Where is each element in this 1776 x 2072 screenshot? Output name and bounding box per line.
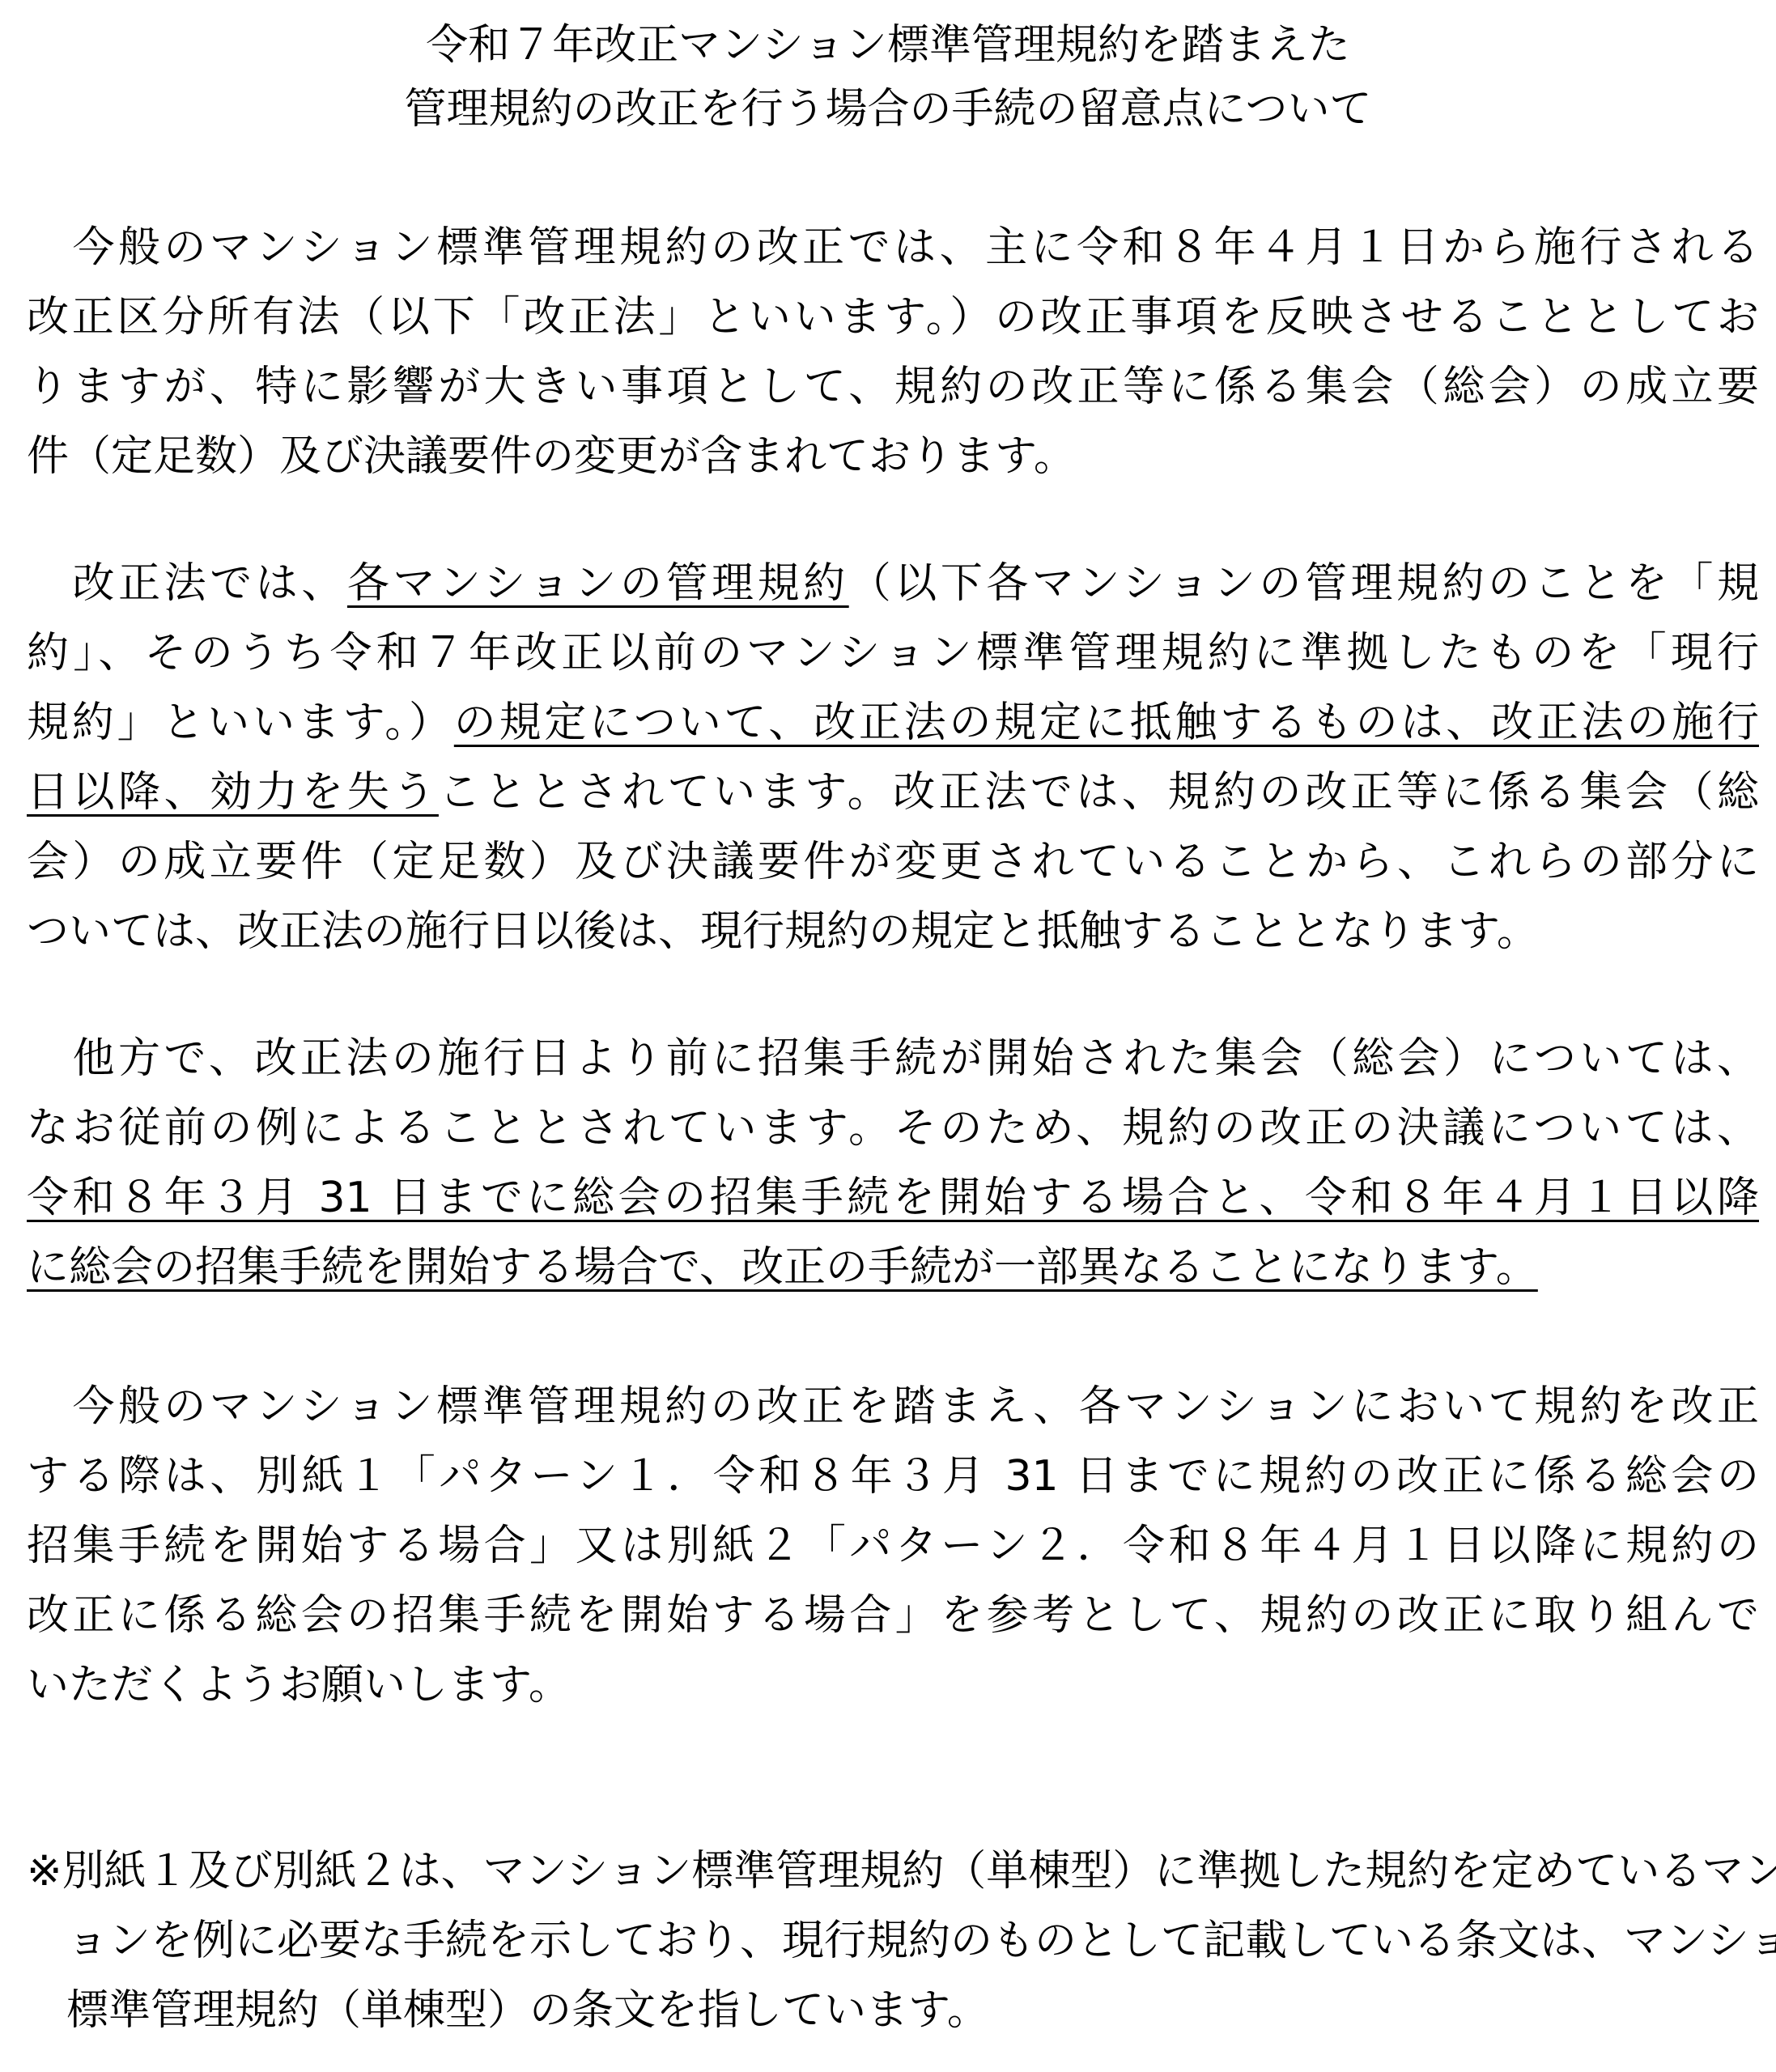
text-segment: 改正法では、	[27, 559, 347, 608]
paragraph-2-line: 規約」といいます。）の規定について、改正法の規定に抵触するものは、改正法の施行	[27, 698, 1759, 747]
paragraph-2-line: ついては、改正法の施行日以後は、現行規約の規定と抵触することとなります。	[27, 907, 1759, 956]
text-segment: 改正に係る総会の招集手続を開始する場合」を参考として、規約の改正に取り組んで	[27, 1591, 1759, 1640]
paragraph-2-line: 会）の成立要件（定足数）及び決議要件が変更されていることから、これらの部分に	[27, 838, 1759, 886]
paragraph-4-line: する際は、別紙１「パターン１．令和８年３月 31 日までに規約の改正に係る総会の	[27, 1452, 1759, 1501]
paragraph-2-line: 改正法では、各マンションの管理規約（以下各マンションの管理規約のことを「規	[27, 559, 1759, 608]
text-segment: なお従前の例によることとされています。そのため、規約の改正の決議については、	[27, 1104, 1759, 1153]
paragraph-1-line: りますが、特に影響が大きい事項として、規約の改正等に係る集会（総会）の成立要	[27, 363, 1759, 411]
text-segment: 改正区分所有法（以下「改正法」といいます。）の改正事項を反映させることとしてお	[27, 293, 1759, 342]
text-segment: こととされています。改正法では、規約の改正等に係る集会（総	[439, 768, 1759, 817]
paragraph-2-line: 約」、そのうち令和７年改正以前のマンション標準管理規約に準拠したものを「現行	[27, 629, 1759, 677]
paragraph-3-line: 他方で、改正法の施行日より前に招集手続が開始された集会（総会）については、	[27, 1034, 1759, 1083]
paragraph-3-line: 令和８年３月 31 日までに総会の招集手続を開始する場合と、令和８年４月１日以降	[27, 1174, 1759, 1222]
text-segment: いただくようお願いします。	[27, 1661, 571, 1709]
text-segment: する際は、別紙１「パターン１．令和８年３月 31 日までに規約の改正に係る総会の	[27, 1452, 1759, 1501]
paragraph-3-line: に総会の招集手続を開始する場合で、改正の手続が一部異なることになります。	[27, 1243, 1759, 1292]
text-segment: 今般のマンション標準管理規約の改正を踏まえ、各マンションにおいて規約を改正	[27, 1382, 1759, 1431]
text-segment: 招集手続を開始する場合」又は別紙２「パターン２．令和８年４月１日以降に規約の	[27, 1522, 1759, 1570]
underlined-text: に総会の招集手続を開始する場合で、改正の手続が一部異なることになります。	[27, 1243, 1538, 1292]
document-title-line-2: 管理規約の改正を行う場合の手続の留意点について	[0, 85, 1776, 134]
text-segment: 規約」といいます。）	[27, 698, 454, 747]
text-segment: 会）の成立要件（定足数）及び決議要件が変更されていることから、これらの部分に	[27, 838, 1759, 886]
paragraph-4-line: いただくようお願いします。	[27, 1661, 1759, 1709]
paragraph-4-line: 今般のマンション標準管理規約の改正を踏まえ、各マンションにおいて規約を改正	[27, 1382, 1759, 1431]
paragraph-1-line: 今般のマンション標準管理規約の改正では、主に令和８年４月１日から施行される	[27, 223, 1759, 272]
underlined-text: 日以降、効力を失う	[27, 768, 439, 817]
footnote-line: 標準管理規約（単棟型）の条文を指しています。	[66, 1986, 1759, 2035]
paragraph-1-line: 改正区分所有法（以下「改正法」といいます。）の改正事項を反映させることとしてお	[27, 293, 1759, 342]
underlined-text: 各マンションの管理規約	[347, 559, 849, 608]
document-title-line-1: 令和７年改正マンション標準管理規約を踏まえた	[0, 21, 1776, 70]
text-segment: 件（定足数）及び決議要件の変更が含まれております。	[27, 432, 1076, 481]
text-segment: 今般のマンション標準管理規約の改正では、主に令和８年４月１日から施行される	[27, 223, 1759, 272]
text-segment: 約」、そのうち令和７年改正以前のマンション標準管理規約に準拠したものを「現行	[27, 629, 1759, 677]
text-segment: ついては、改正法の施行日以後は、現行規約の規定と抵触することとなります。	[27, 907, 1539, 956]
text-segment: 他方で、改正法の施行日より前に招集手続が開始された集会（総会）については、	[27, 1034, 1759, 1083]
text-segment: りますが、特に影響が大きい事項として、規約の改正等に係る集会（総会）の成立要	[27, 363, 1759, 411]
footnote-line: ョンを例に必要な手続を示しており、現行規約のものとして記載している条文は、マンシ…	[66, 1917, 1759, 1965]
footnote-line: ※別紙１及び別紙２は、マンション標準管理規約（単棟型）に準拠した規約を定めている…	[27, 1847, 1759, 1896]
paragraph-2-line: 日以降、効力を失うこととされています。改正法では、規約の改正等に係る集会（総	[27, 768, 1759, 817]
underlined-text: 令和８年３月 31 日までに総会の招集手続を開始する場合と、令和８年４月１日以降	[27, 1174, 1759, 1222]
paragraph-3-line: なお従前の例によることとされています。そのため、規約の改正の決議については、	[27, 1104, 1759, 1153]
paragraph-4-line: 招集手続を開始する場合」又は別紙２「パターン２．令和８年４月１日以降に規約の	[27, 1522, 1759, 1570]
text-segment: （以下各マンションの管理規約のことを「規	[849, 559, 1759, 608]
paragraph-4-line: 改正に係る総会の招集手続を開始する場合」を参考として、規約の改正に取り組んで	[27, 1591, 1759, 1640]
underlined-text: の規定について、改正法の規定に抵触するものは、改正法の施行	[454, 698, 1759, 747]
paragraph-1-line: 件（定足数）及び決議要件の変更が含まれております。	[27, 432, 1759, 481]
